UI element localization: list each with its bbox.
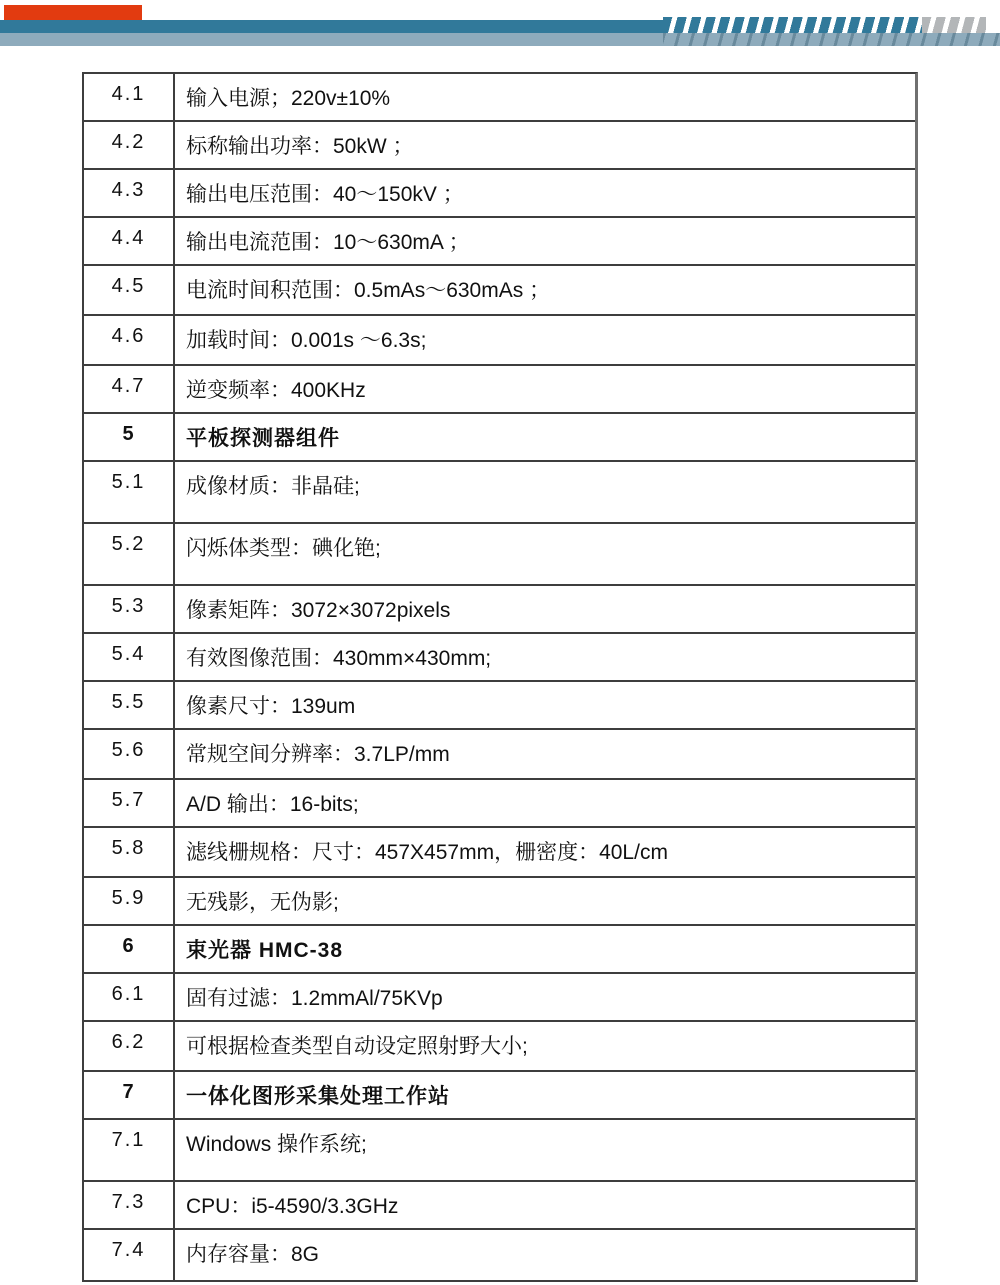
- row-text: 内存容量：8G: [175, 1230, 915, 1280]
- table-row: 5.5像素尺寸：139um: [84, 682, 915, 730]
- row-number: 5.3: [84, 586, 175, 632]
- header-light-band-texture: [663, 33, 1000, 46]
- table-row: 5.3像素矩阵：3072×3072pixels: [84, 586, 915, 634]
- row-number: 4.6: [84, 316, 175, 364]
- table-row: 6束光器 HMC-38: [84, 926, 915, 974]
- row-number: 5.5: [84, 682, 175, 728]
- spec-table: 4.1输入电源；220v±10%4.2标称输出功率：50kW ；4.3输出电压范…: [82, 72, 918, 1282]
- table-row: 7.4内存容量：8G: [84, 1230, 915, 1280]
- row-text: 平板探测器组件: [175, 414, 915, 460]
- row-text: A/D 输出：16-bits;: [175, 780, 915, 826]
- row-text: 标称输出功率：50kW ；: [175, 122, 915, 168]
- row-number: 5.8: [84, 828, 175, 876]
- row-number: 7.4: [84, 1230, 175, 1280]
- table-row: 5.7A/D 输出：16-bits;: [84, 780, 915, 828]
- document-page: { "header": { "red_color": "#e23b10", "t…: [0, 0, 1000, 1285]
- row-number: 6.1: [84, 974, 175, 1020]
- row-number: 5.7: [84, 780, 175, 826]
- row-number: 5: [84, 414, 175, 460]
- table-row: 5.8滤线栅规格：尺寸：457X457mm，栅密度：40L/cm: [84, 828, 915, 878]
- row-text: 无残影，无伪影;: [175, 878, 915, 924]
- row-number: 5.2: [84, 524, 175, 584]
- row-text: CPU：i5-4590/3.3GHz: [175, 1182, 915, 1228]
- table-row: 4.1输入电源；220v±10%: [84, 74, 915, 122]
- table-row: 6.1固有过滤：1.2mmAl/75KVp: [84, 974, 915, 1022]
- row-number: 4.7: [84, 366, 175, 412]
- row-number: 6: [84, 926, 175, 972]
- row-text: 输出电压范围：40～150kV ；: [175, 170, 915, 216]
- row-text: 有效图像范围：430mm×430mm;: [175, 634, 915, 680]
- row-text: 加载时间：0.001s ～6.3s;: [175, 316, 915, 364]
- row-text: 滤线栅规格：尺寸：457X457mm，栅密度：40L/cm: [175, 828, 915, 876]
- row-number: 7.3: [84, 1182, 175, 1228]
- row-text: 可根据检查类型自动设定照射野大小;: [175, 1022, 915, 1070]
- table-row: 4.4输出电流范围：10～630mA ；: [84, 218, 915, 266]
- row-number: 4.5: [84, 266, 175, 314]
- header-teal-band: [0, 20, 663, 33]
- table-row: 4.3输出电压范围：40～150kV ；: [84, 170, 915, 218]
- row-number: 6.2: [84, 1022, 175, 1070]
- table-row: 7.1Windows 操作系统;: [84, 1120, 915, 1182]
- row-number: 5.9: [84, 878, 175, 924]
- row-text: 输出电流范围：10～630mA ；: [175, 218, 915, 264]
- row-text: 逆变频率：400KHz: [175, 366, 915, 412]
- table-row: 7一体化图形采集处理工作站: [84, 1072, 915, 1120]
- table-row: 6.2可根据检查类型自动设定照射野大小;: [84, 1022, 915, 1072]
- row-text: 电流时间积范围：0.5mAs～630mAs ；: [175, 266, 915, 314]
- table-row: 5.4有效图像范围：430mm×430mm;: [84, 634, 915, 682]
- row-number: 4.2: [84, 122, 175, 168]
- row-text: 闪烁体类型：碘化铯;: [175, 524, 915, 584]
- table-row: 4.2标称输出功率：50kW ；: [84, 122, 915, 170]
- table-row: 5.6常规空间分辨率：3.7LP/mm: [84, 730, 915, 780]
- row-number: 7.1: [84, 1120, 175, 1180]
- row-text: 输入电源；220v±10%: [175, 74, 915, 120]
- row-text: Windows 操作系统;: [175, 1120, 915, 1180]
- row-number: 7: [84, 1072, 175, 1118]
- row-number: 4.1: [84, 74, 175, 120]
- row-number: 5.6: [84, 730, 175, 778]
- row-number: 4.4: [84, 218, 175, 264]
- row-text: 像素尺寸：139um: [175, 682, 915, 728]
- table-row: 4.5电流时间积范围：0.5mAs～630mAs ；: [84, 266, 915, 316]
- table-row: 4.7逆变频率：400KHz: [84, 366, 915, 414]
- row-text: 成像材质：非晶硅;: [175, 462, 915, 522]
- row-text: 束光器 HMC-38: [175, 926, 915, 972]
- table-row: 5.2闪烁体类型：碘化铯;: [84, 524, 915, 586]
- row-text: 一体化图形采集处理工作站: [175, 1072, 915, 1118]
- table-row: 5.9无残影，无伪影;: [84, 878, 915, 926]
- table-row: 5平板探测器组件: [84, 414, 915, 462]
- table-row: 4.6加载时间：0.001s ～6.3s;: [84, 316, 915, 366]
- row-text: 常规空间分辨率：3.7LP/mm: [175, 730, 915, 778]
- row-text: 固有过滤：1.2mmAl/75KVp: [175, 974, 915, 1020]
- row-number: 4.3: [84, 170, 175, 216]
- table-row: 5.1成像材质：非晶硅;: [84, 462, 915, 524]
- header-red-bar: [4, 5, 142, 20]
- row-number: 5.1: [84, 462, 175, 522]
- table-row: 7.3CPU：i5-4590/3.3GHz: [84, 1182, 915, 1230]
- row-number: 5.4: [84, 634, 175, 680]
- row-text: 像素矩阵：3072×3072pixels: [175, 586, 915, 632]
